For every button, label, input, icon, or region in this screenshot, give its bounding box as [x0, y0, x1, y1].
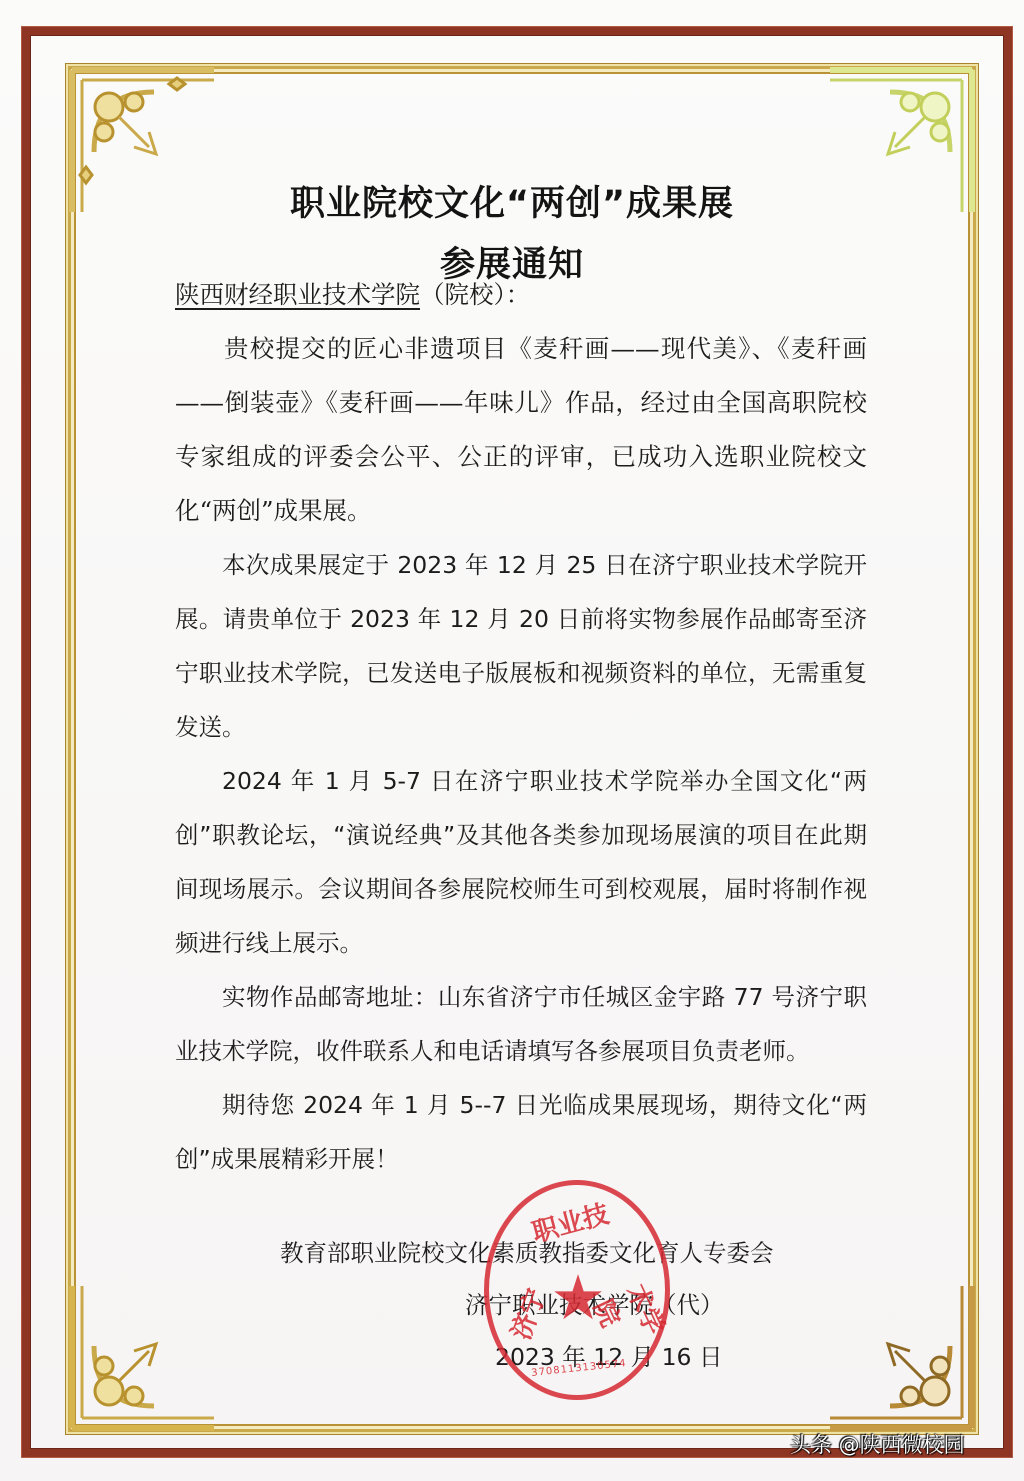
notice-body: 陕西财经职业技术学院（院校）： 贵校提交的匠心非遗项目《麦秆画——现代美》、《麦… [175, 268, 867, 1186]
addressee-line: 陕西财经职业技术学院（院校）： [175, 268, 867, 322]
ornament-corner-bottom-left-icon [64, 1286, 214, 1436]
paragraph-closing: 期待您 2024 年 1 月 5--7 日光临成果展现场，期待文化“两创”成果展… [175, 1078, 867, 1186]
signature-agent: 济宁职业技术学院（代） [465, 1286, 724, 1320]
addressee-school: 陕西财经职业技术学院 [175, 280, 420, 309]
paragraph-selection-result: 贵校提交的匠心非遗项目《麦秆画——现代美》、《麦秆画——倒装壶》《麦秆画——年味… [175, 322, 867, 538]
source-watermark: 头条 @陕西微校园 [790, 1429, 965, 1459]
paragraph-exhibition-dates: 本次成果展定于 2023 年 12 月 25 日在济宁职业技术学院开展。请贵单位… [175, 538, 867, 754]
addressee-suffix: （院校）： [420, 280, 530, 309]
signature-date: 2023 年 12 月 16 日 [495, 1338, 722, 1372]
paragraph-forum-info: 2024 年 1 月 5-7 日在济宁职业技术学院举办全国文化“两创”职教论坛，… [175, 754, 867, 970]
notice-title: 职业院校文化“两创”成果展 [0, 176, 1024, 226]
paragraph-mailing-address: 实物作品邮寄地址：山东省济宁市任城区金宇路 77 号济宁职业技术学院，收件联系人… [175, 970, 867, 1078]
ornament-corner-bottom-right-icon [830, 1286, 980, 1436]
signature-organization: 教育部职业院校文化素质教指委文化育人专委会 [280, 1234, 774, 1268]
